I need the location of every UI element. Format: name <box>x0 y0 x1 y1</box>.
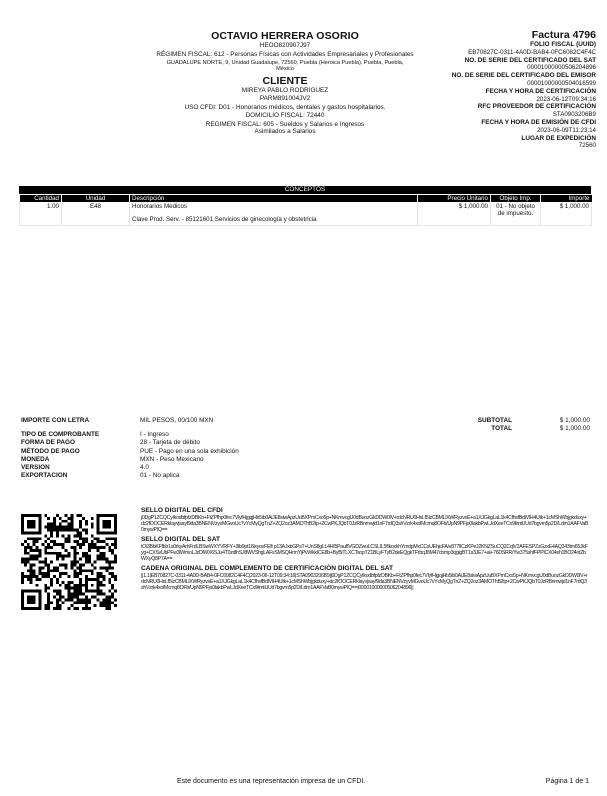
conceptos-table: CONCEPTOS Cantidad Unidad Descripción Pr… <box>19 186 591 226</box>
factura-field-value: 00001000000506204896 <box>386 64 596 72</box>
descripcion-text: Honorarios Medicos <box>132 203 415 210</box>
sello-value: tOi3BbKFfbb1u0rkyArhFrdLBSwWXYVRFY+3ib9p… <box>141 544 589 562</box>
emisor-block: OCTAVIO HERRERA OSORIO HEOO820907J97 RÉG… <box>150 30 420 135</box>
detail-value: 01 - No aplica <box>140 472 321 480</box>
factura-field-label: FOLIO FISCAL (UUID) <box>386 41 596 49</box>
cell-cantidad: 1.00 <box>20 202 62 226</box>
importe-letra-label: IMPORTE CON LETRA <box>21 417 140 425</box>
cliente-rfc: PARM891004JV2 <box>150 95 420 104</box>
col-objeto: Objeto Imp. <box>491 194 541 202</box>
total-value: $ 1,000.00 <box>512 425 590 433</box>
total-label: TOTAL <box>440 425 512 433</box>
detail-label: TIPO DE COMPROBANTE <box>21 431 140 439</box>
cliente-name: MIREYA PABLO RODRIGUEZ <box>150 87 420 96</box>
detail-value: MXN - Peso Mexicano <box>140 456 321 464</box>
clave-prod-serv: Clave Prod. Serv. - 85121601 Servicios d… <box>132 216 415 223</box>
detail-row: FORMA DE PAGO28 - Tarjeta de débito <box>21 439 321 447</box>
detail-row: MÉTODO DE PAGOPUE - Pago en una sola exh… <box>21 448 321 456</box>
cliente-regimen: REGIMEN FISCAL: 605 - Sueldos y Salarios… <box>150 121 420 135</box>
conceptos-header-row: Cantidad Unidad Descripción Precio Unita… <box>20 194 592 202</box>
cell-objeto: 01 - No objeto de impuesto. <box>491 202 541 226</box>
factura-field-label: NO. DE SERIE DEL CERTIFICADO DEL SAT <box>386 57 596 65</box>
col-unidad: Unidad <box>62 194 130 202</box>
detail-row: EXPORTACION01 - No aplica <box>21 472 321 480</box>
col-descripcion: Descripción <box>130 194 418 202</box>
totals-block: SUBTOTAL$ 1,000.00TOTAL$ 1,000.00 <box>440 417 590 433</box>
total-row: SUBTOTAL$ 1,000.00 <box>440 417 590 425</box>
qr-code-icon <box>21 514 117 610</box>
detail-value: 28 - Tarjeta de débito <box>140 439 321 447</box>
emisor-rfc: HEOO820907J97 <box>150 42 420 50</box>
total-value: $ 1,000.00 <box>512 417 590 425</box>
cell-unidad: E48 <box>62 202 130 226</box>
col-precio: Precio Unitario <box>418 194 491 202</box>
emisor-address: GUADALUPE NORTE, 9, Unidad Guadalupe, 72… <box>150 60 420 73</box>
detail-row: TIPO DE COMPROBANTEI - Ingreso <box>21 431 321 439</box>
sellos-block: SELLO DIGITAL DEL CFDIj0DgP1ZCQCyIkodbfp… <box>141 507 589 594</box>
sello-title: SELLO DIGITAL DEL SAT <box>141 536 589 544</box>
footer-note: Este documento es una representación imp… <box>177 778 365 785</box>
factura-block: Factura 4796 FOLIO FISCAL (UUID)EB70827C… <box>386 29 596 150</box>
importe-letra-value: MIL PESOS, 00/100 MXN <box>140 417 321 425</box>
total-label: SUBTOTAL <box>440 417 512 425</box>
factura-field-label: LUGAR DE EXPEDICIÓN <box>386 135 596 143</box>
cliente-title: CLIENTE <box>150 76 420 87</box>
cell-precio: $ 1,000.00 <box>418 202 491 226</box>
factura-field-label: FECHA Y HORA DE EMISIÓN DE CFDI <box>386 119 596 127</box>
factura-field-value: 72560 <box>386 142 596 150</box>
factura-title: Factura 4796 <box>386 29 596 41</box>
total-row: TOTAL$ 1,000.00 <box>440 425 590 433</box>
factura-field-label: NO. DE SERIE DEL CERTIFICADO DEL EMISOR <box>386 72 596 80</box>
cell-importe: $ 1,000.00 <box>541 202 592 226</box>
page-indicator: Página 1 de 1 <box>546 778 589 785</box>
sello-value: ||1.1|EB70827C-0311-4A0D-BAB4-0FC6082C4F… <box>141 573 589 591</box>
factura-field-label: FECHA Y HORA DE CERTIFICACIÓN <box>386 88 596 96</box>
sello-value: j0DgP1ZCQCyIkodbfpfzDBKb+FtZPfhp0fec7Vly… <box>141 515 589 533</box>
factura-field-label: RFC PROVEEDOR DE CERTIFICACIÓN <box>386 103 596 111</box>
detail-label: EXPORTACION <box>21 472 140 480</box>
factura-field-value: STA0903206B9 <box>386 111 596 119</box>
col-cantidad: Cantidad <box>20 194 62 202</box>
detail-label: MÉTODO DE PAGO <box>21 448 140 456</box>
sello-title: SELLO DIGITAL DEL CFDI <box>141 507 589 515</box>
cell-descripcion: Honorarios MedicosClave Prod. Serv. - 85… <box>130 202 418 226</box>
detail-value: PUE - Pago en una sola exhibición <box>140 448 321 456</box>
detail-value: 4.0 <box>140 464 321 472</box>
detail-row: VERSION4.0 <box>21 464 321 472</box>
details-block: IMPORTE CON LETRA MIL PESOS, 00/100 MXN … <box>21 417 321 480</box>
sello-title: CADENA ORIGINAL DEL COMPLEMENTO DE CERTI… <box>141 565 589 573</box>
emisor-regimen: RÉGIMEN FISCAL: 612 - Personas Físicas c… <box>150 51 420 59</box>
detail-row: MONEDAMXN - Peso Mexicano <box>21 456 321 464</box>
detail-value: I - Ingreso <box>140 431 321 439</box>
detail-label: VERSION <box>21 464 140 472</box>
cliente-domicilio: DOMICILIO FISCAL: 72440 <box>150 112 420 121</box>
table-row: 1.00E48Honorarios MedicosClave Prod. Ser… <box>20 202 592 226</box>
cliente-uso-cfdi: USO CFDI: D01 - Honorarios médicos, dent… <box>150 104 420 113</box>
factura-field-value: 00001000000504016599 <box>386 80 596 88</box>
emisor-name: OCTAVIO HERRERA OSORIO <box>150 30 420 42</box>
importe-letra-row: IMPORTE CON LETRA MIL PESOS, 00/100 MXN <box>21 417 321 425</box>
factura-field-value: 2023-06-09T11:23:14 <box>386 127 596 135</box>
conceptos-title: CONCEPTOS <box>19 186 591 194</box>
factura-field-value: EB70827C-0311-4A0D-BAB4-0FC6082C4F4C <box>386 49 596 57</box>
col-importe: Importe <box>541 194 592 202</box>
detail-label: FORMA DE PAGO <box>21 439 140 447</box>
detail-label: MONEDA <box>21 456 140 464</box>
